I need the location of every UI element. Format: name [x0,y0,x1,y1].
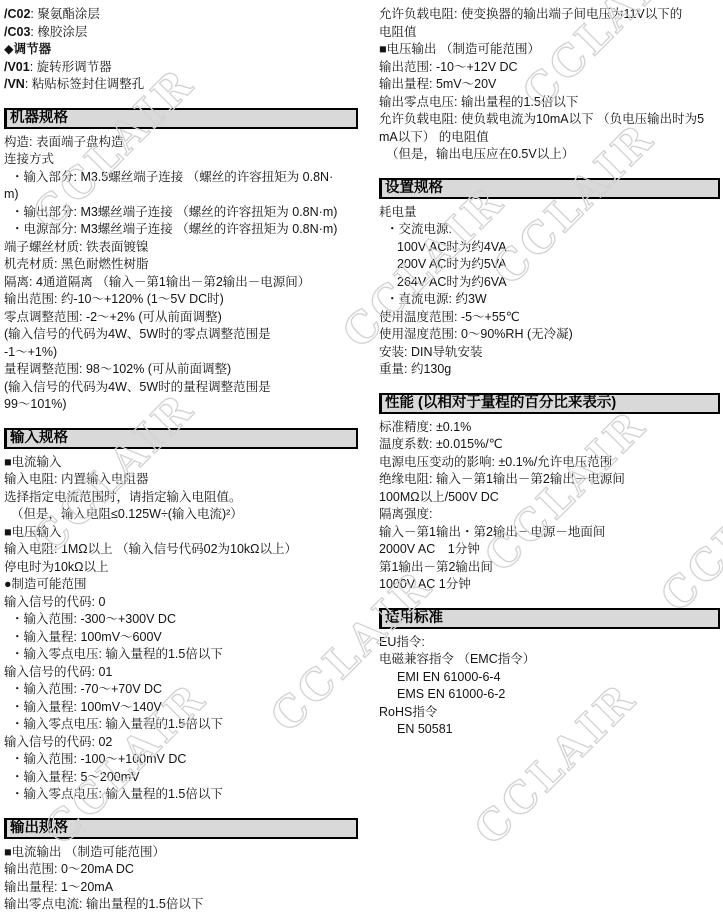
spec-section-right-2: 性能 (以相对于量程的百分比来表示)标准精度: ±0.1%温度系数: ±0.01… [379,393,720,594]
section-header: 设置规格 [379,178,720,199]
spec-line: 允许负载电阻: 使负载电流为10mA以下 （负电压输出时为5 [379,111,720,129]
spec-line: 输入信号的代码: 0 [4,594,358,612]
spec-line: ◆调节器 [4,41,358,59]
spec-section-right-3: 适用标准EU指令:电磁兼容指令 （EMC指令）EMI EN 61000-6-4E… [379,608,720,739]
spec-line: 隔离: 4通道隔离 （输入－第1输出－第2输出－电源间） [4,274,358,292]
spec-line: （但是，输出电压应在0.5V以上） [379,146,720,164]
spec-line: 输出零点电压: 输出量程的1.5倍以下 [379,94,720,112]
spec-line: /C02: 聚氨酯涂层 [4,6,358,24]
spec-line: 输出量程: 1～20mA [4,879,358,897]
spec-document-page: CCLAIRCCLAIRCCLAIRCCLAIRCCLAIRCCLAIRCCLA… [0,0,723,913]
section-header: 机器规格 [4,108,358,129]
section-title: 适用标准 [385,610,443,626]
spec-line: ・输入量程: 100mV～140V [4,699,358,717]
spec-line: ・输入范围: -300～+300V DC [4,611,358,629]
spec-line: （但是，输入电阻≤0.125W÷(输入电流)²） [4,506,358,524]
spec-line: 200V AC时为约5VA [379,256,720,274]
spec-line: 264V AC时为约6VA [379,274,720,292]
spec-line: 输出量程: 5mV～20V [379,76,720,94]
spec-line: ■电流输入 [4,454,358,472]
spec-line: 电源电压变动的影响: ±0.1%/允许电压范围 [379,454,720,472]
spec-line: 电阻值 [379,24,720,42]
spec-line: ・输入部分: M3.5螺丝端子连接 （螺丝的许容扭矩为 0.8N· [4,169,358,187]
spec-line: -1～+1%) [4,344,358,362]
spec-line: ・输入范围: -70～+70V DC [4,681,358,699]
spec-line: EN 50581 [379,721,720,739]
spec-line: 2000V AC 1分钟 [379,541,720,559]
spec-line: 输入信号的代码: 02 [4,734,358,752]
section-title: 输入规格 [10,430,68,446]
spec-line: 第1输出－第2输出间 [379,559,720,577]
spec-line: 1000V AC 1分钟 [379,576,720,594]
spec-section-left-3: 输出规格■电流输出 （制造可能范围）输出范围: 0～20mA DC输出量程: 1… [4,818,358,913]
spec-line: 安装: DIN导轨安装 [379,344,720,362]
spec-line: (输入信号的代码为4W、5W时的零点调整范围是 [4,326,358,344]
left-column: /C02: 聚氨酯涂层/C03: 橡胶涂层◆调节器/V01: 旋转形调节器/VN… [4,0,358,913]
spec-section-left-2: 输入规格■电流输入输入电阻: 内置输入电阻器选择指定电流范围时，请指定输入电阻值… [4,428,358,804]
option-code: /VN [4,77,25,91]
spec-line: 构造: 表面端子盘构造 [4,134,358,152]
spec-line: 零点调整范围: -2～+2% (可从前面调整) [4,309,358,327]
spec-line: 输入－第1输出・第2输出－电源－地面间 [379,524,720,542]
spec-section-right-0: 允许负载电阻: 使变换器的输出端子间电压为11V以下的电阻值■电压输出 （制造可… [379,6,720,164]
spec-line: 机壳材质: 黑色耐燃性树脂 [4,256,358,274]
spec-line: ■电流输出 （制造可能范围） [4,844,358,862]
spec-line: ・输入零点电压: 输入量程的1.5倍以下 [4,716,358,734]
spec-line: 量程调整范围: 98～102% (可从前面调整) [4,361,358,379]
spec-line: 电磁兼容指令 （EMC指令） [379,651,720,669]
spec-line: ・直流电源: 约3W [379,291,720,309]
spec-line: 耗电量 [379,204,720,222]
option-code: /C03 [4,25,30,39]
spec-line: 使用湿度范围: 0～90%RH (无冷凝) [379,326,720,344]
spec-line: /C03: 橡胶涂层 [4,24,358,42]
spec-line: ・输入量程: 5～200mV [4,769,358,787]
spec-line: 重量: 约130g [379,361,720,379]
section-header: 适用标准 [379,608,720,629]
section-title: 机器规格 [10,110,68,126]
section-header: 性能 (以相对于量程的百分比来表示) [379,393,720,414]
spec-line: /VN: 粘贴标签封住调整孔 [4,76,358,94]
spec-line: 输出零点电流: 输出量程的1.5倍以下 [4,896,358,913]
spec-line: EMI EN 61000-6-4 [379,669,720,687]
spec-line: 输入信号的代码: 01 [4,664,358,682]
spec-line: ■电压输入 [4,524,358,542]
spec-line: ・输出部分: M3螺丝端子连接 （螺丝的许容扭矩为 0.8N·m) [4,204,358,222]
option-code: /C02 [4,7,30,21]
section-title: 输出规格 [10,820,68,836]
spec-line: ・输入量程: 100mV～600V [4,629,358,647]
spec-line: EU指令: [379,634,720,652]
spec-line: ・交流电源: [379,221,720,239]
spec-line: /V01: 旋转形调节器 [4,59,358,77]
spec-line: RoHS指令 [379,704,720,722]
spec-line: (输入信号的代码为4W、5W时的量程调整范围是 [4,379,358,397]
spec-section-right-1: 设置规格耗电量・交流电源:100V AC时为约4VA200V AC时为约5VA2… [379,178,720,379]
spec-line: ・输入范围: -100～+100mV DC [4,751,358,769]
spec-line: 100MΩ以上/500V DC [379,489,720,507]
option-code: ◆调节器 [4,42,51,56]
spec-line: 使用温度范围: -5～+55℃ [379,309,720,327]
section-header: 输入规格 [4,428,358,449]
spec-line: ■电压输出 （制造可能范围） [379,41,720,59]
spec-line: EMS EN 61000-6-2 [379,686,720,704]
spec-line: 标准精度: ±0.1% [379,419,720,437]
section-title: 设置规格 [385,180,443,196]
spec-line: 选择指定电流范围时，请指定输入电阻值。 [4,489,358,507]
spec-line: 端子螺丝材质: 铁表面镀镍 [4,239,358,257]
spec-line: ・电源部分: M3螺丝端子连接 （螺丝的许容扭矩为 0.8N·m) [4,221,358,239]
spec-line: 绝缘电阻: 输入－第1输出－第2输出－电源间 [379,471,720,489]
spec-line: ・输入零点电压: 输入量程的1.5倍以下 [4,786,358,804]
spec-line: ●制造可能范围 [4,576,358,594]
spec-line: 停电时为10kΩ以上 [4,559,358,577]
section-header: 输出规格 [4,818,358,839]
spec-section-left-1: 机器规格构造: 表面端子盘构造连接方式・输入部分: M3.5螺丝端子连接 （螺丝… [4,108,358,414]
spec-line: 输出范围: 约-10～+120% (1～5V DC时) [4,291,358,309]
spec-line: 输出范围: -10～+12V DC [379,59,720,77]
spec-line: 100V AC时为约4VA [379,239,720,257]
spec-line: 允许负载电阻: 使变换器的输出端子间电压为11V以下的 [379,6,720,24]
section-title: 性能 (以相对于量程的百分比来表示) [385,395,616,411]
spec-line: 输入电阻: 内置输入电阻器 [4,471,358,489]
spec-line: 隔离强度: [379,506,720,524]
spec-line: 99～101%) [4,396,358,414]
spec-line: 输入电阻: 1MΩ以上 （输入信号代码02为10kΩ以上） [4,541,358,559]
spec-line: mA以下） 的电阻值 [379,129,720,147]
spec-line: 温度系数: ±0.015%/℃ [379,436,720,454]
spec-line: 输出范围: 0～20mA DC [4,861,358,879]
option-code: /V01 [4,60,30,74]
spec-section-left-0: /C02: 聚氨酯涂层/C03: 橡胶涂层◆调节器/V01: 旋转形调节器/VN… [4,6,358,94]
spec-line: ・输入零点电压: 输入量程的1.5倍以下 [4,646,358,664]
spec-line: m) [4,186,358,204]
spec-line: 连接方式 [4,151,358,169]
right-column: 允许负载电阻: 使变换器的输出端子间电压为11V以下的电阻值■电压输出 （制造可… [379,0,720,739]
